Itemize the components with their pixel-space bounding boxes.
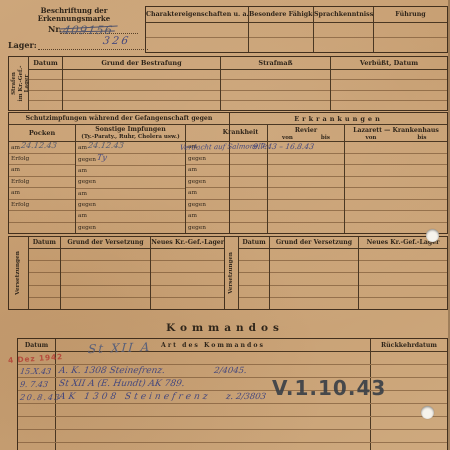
empty-row xyxy=(29,80,62,90)
empty-row xyxy=(345,188,447,200)
versetzungen-col-grund: Grund der Versetzung xyxy=(270,237,359,309)
versetzungen-col-datum: Datum xyxy=(239,237,270,309)
empty-row xyxy=(221,101,330,110)
impf-row: Erfolg xyxy=(9,177,75,188)
empty-row xyxy=(230,223,267,234)
v-date-stamp: V.1.10.43 xyxy=(272,376,386,400)
empty-row xyxy=(268,177,344,189)
empty-row xyxy=(230,165,267,177)
empty-cell xyxy=(18,430,56,442)
empty-row xyxy=(268,223,344,234)
impf-row xyxy=(9,211,75,222)
empty-row xyxy=(221,70,330,80)
empty-cell xyxy=(18,443,56,450)
kommandos-row xyxy=(18,404,447,417)
col-header-strafmass: Strafmaß xyxy=(221,57,330,70)
empty-row xyxy=(63,80,220,90)
empty-row xyxy=(29,261,60,273)
empty-cell xyxy=(56,430,371,442)
col-header-datum: Datum xyxy=(29,57,62,70)
kommando-entry-handwritten: A. K. 1308 Steinefrenz. xyxy=(58,365,166,377)
empty-row xyxy=(270,249,358,261)
empty-row xyxy=(268,211,344,223)
empty-row xyxy=(230,154,267,166)
empty-row xyxy=(151,298,224,309)
col-header-grund-bestrafung: Grund der Bestrafung xyxy=(63,57,220,70)
strafen-col-strafmass: Strafmaß xyxy=(221,57,331,110)
empty-row xyxy=(345,177,447,189)
empty-row xyxy=(63,91,220,101)
impf-row: Erfolg xyxy=(9,200,75,211)
date-handwritten: 9. 7.43 xyxy=(19,378,49,391)
empty-row xyxy=(270,298,358,309)
impfungen-col-extra: am gegen am gegen am gegen am gegen xyxy=(186,125,229,233)
empty-row xyxy=(314,23,373,38)
impfungen-title: Schutzimpfungen während der Gefangenscha… xyxy=(9,113,229,125)
impf-row: gegenTy xyxy=(76,154,185,166)
kommando-entry-handwritten: AK 1308 Steinefrenz xyxy=(58,391,211,403)
pocken-date-handwritten: 24.12.43 xyxy=(20,141,57,151)
empty-row xyxy=(221,80,330,90)
empty-cell xyxy=(371,443,447,450)
empty-row xyxy=(270,286,358,298)
empty-cell xyxy=(371,430,447,442)
empty-row xyxy=(249,23,313,38)
empty-row xyxy=(314,38,373,52)
assessment-column: Führung xyxy=(374,7,447,52)
versetzungen-side-strip: Versetzungen xyxy=(9,237,29,309)
impf-row: gegen xyxy=(76,177,185,188)
kommando-extra-handwritten: z. 2/3803 xyxy=(225,391,267,404)
col-header-grund-versetzung: Grund der Versetzung xyxy=(270,237,358,249)
impf-row: am xyxy=(76,211,185,222)
versetzungen-side-label: Versetzungen xyxy=(225,237,238,309)
empty-row xyxy=(249,38,313,52)
empty-cell xyxy=(56,404,371,416)
empty-row xyxy=(239,273,269,285)
impf-row: gegen xyxy=(186,177,229,189)
empty-cell xyxy=(371,352,447,364)
empty-row xyxy=(230,177,267,189)
empty-row xyxy=(270,273,358,285)
stalag-entry-pencil: St XII A xyxy=(88,340,152,356)
empty-row xyxy=(29,286,60,298)
empty-row xyxy=(29,273,60,285)
empty-row xyxy=(359,286,447,298)
empty-row xyxy=(359,249,447,261)
strafen-col-datum: Datum xyxy=(29,57,63,110)
empty-row xyxy=(29,70,62,80)
assessment-column: Besondere Fähigkeiten xyxy=(249,7,314,52)
impf-row: am xyxy=(186,188,229,200)
empty-row xyxy=(359,261,447,273)
strafen-table: Strafen im Kr.-Gef.-Lager Datum Grund de… xyxy=(8,56,448,111)
kommandos-row xyxy=(18,443,447,450)
sonstige-date-handwritten: 24.12.43 xyxy=(87,141,124,151)
empty-row xyxy=(61,273,151,285)
kommando-extra-handwritten: 2/4045. xyxy=(213,365,248,378)
empty-row xyxy=(345,165,447,177)
erkrankungen-col-lazarett: Lazarett — Krankenhaus vonbis xyxy=(345,125,447,233)
versetzungen-col-lager: Neues Kr.-Gef.-Lager xyxy=(151,237,224,309)
kommandos-row xyxy=(18,430,447,443)
empty-row xyxy=(268,154,344,166)
empty-row xyxy=(331,70,447,80)
col-header-sprachen: Sprachkenntnisse xyxy=(314,7,373,23)
empty-row xyxy=(151,273,224,285)
empty-row xyxy=(270,261,358,273)
empty-row xyxy=(151,261,224,273)
impfungen-col-pocken: Pocken am24.12.43 Erfolg am Erfolg am Er… xyxy=(9,125,76,233)
versetzungen-col-lager: Neues Kr.-Gef.-Lager xyxy=(359,237,447,309)
empty-row xyxy=(331,91,447,101)
col-header-grund-versetzung: Grund der Versetzung xyxy=(61,237,151,249)
empty-row xyxy=(146,38,248,52)
empty-row xyxy=(146,23,248,38)
empty-row xyxy=(374,23,447,38)
empty-row xyxy=(359,298,447,309)
empty-cell xyxy=(56,417,371,429)
impf-row: am xyxy=(9,188,75,199)
empty-cell xyxy=(18,404,56,416)
strafen-side-strip: Strafen im Kr.-Gef.-Lager xyxy=(9,57,29,110)
empty-cell xyxy=(56,443,371,450)
empty-row xyxy=(239,261,269,273)
kommandos-header-row: Datum Art des Kommandos Rückkehrdatum xyxy=(18,339,447,352)
col-header-neues-lager: Neues Kr.-Gef.-Lager xyxy=(151,237,224,249)
impf-row xyxy=(9,223,75,233)
impf-row: am xyxy=(76,166,185,177)
empty-row xyxy=(268,200,344,212)
empty-row xyxy=(331,80,447,90)
empty-row xyxy=(29,91,62,101)
lager-label: Lager: xyxy=(8,40,37,50)
empty-row xyxy=(61,249,151,261)
impf-row: Erfolg xyxy=(9,154,75,165)
empty-row xyxy=(61,261,151,273)
prisoner-record-card: Beschriftung der Erkennungsmarke Nr. 409… xyxy=(0,0,450,450)
col-header-verbuesst: Verbüßt, Datum xyxy=(331,57,447,70)
revier-dates-handwritten: 9.7.43 – 16.8.43 xyxy=(252,142,314,151)
versetzungen-side-strip: Versetzungen xyxy=(225,237,239,309)
strafen-col-grund: Grund der Bestrafung xyxy=(63,57,221,110)
empty-row xyxy=(374,38,447,52)
col-header-revier: Revier vonbis xyxy=(268,125,344,142)
empty-row xyxy=(151,249,224,261)
empty-row xyxy=(239,298,269,309)
impf-row: gegen xyxy=(186,200,229,212)
kommando-entry-handwritten: St XII A (E. Hundt) AK 789. xyxy=(58,378,185,390)
gegen-type-handwritten: Ty xyxy=(96,153,107,163)
strafen-col-verbuesst: Verbüßt, Datum xyxy=(331,57,447,110)
col-header-lazarett: Lazarett — Krankenhaus vonbis xyxy=(345,125,447,142)
empty-row xyxy=(63,101,220,110)
col-header-faehigkeiten: Besondere Fähigkeiten xyxy=(249,7,313,23)
date-handwritten: 15.X.43 xyxy=(19,365,52,378)
impf-row: gegen xyxy=(76,223,185,233)
impf-row: am xyxy=(9,165,75,176)
col-header-datum: Datum xyxy=(239,237,269,249)
lager-value-handwritten: 326 xyxy=(102,35,131,47)
kommandos-row: 4 Dez 1942 xyxy=(18,352,447,365)
empty-row xyxy=(29,249,60,261)
versetzungen-col-datum: Datum xyxy=(29,237,61,309)
empty-row xyxy=(61,286,151,298)
versetzungen-table-right: Versetzungen Datum Grund der Versetzung … xyxy=(225,236,448,310)
assessment-column: Charaktereigenschaften u. a. xyxy=(146,7,249,52)
erkrankungen-title: Erkrankungen xyxy=(230,113,447,125)
empty-row xyxy=(221,91,330,101)
hole-punch xyxy=(426,229,439,242)
col-header-sonstige: Sonstige Impfungen (Ty.-Paraty., Ruhr, C… xyxy=(76,125,185,142)
empty-row xyxy=(345,200,447,212)
impf-row: am xyxy=(186,165,229,177)
col-header-krankheit: Krankheit xyxy=(230,125,267,142)
empty-row xyxy=(239,249,269,261)
empty-row xyxy=(239,286,269,298)
impf-row: am24.12.43 xyxy=(9,142,75,154)
hole-punch xyxy=(421,406,434,419)
empty-row xyxy=(29,298,60,309)
empty-cell xyxy=(18,417,56,429)
strafen-side-label: Strafen im Kr.-Gef.-Lager xyxy=(9,57,28,110)
impf-row: gegen xyxy=(186,154,229,166)
impf-row: am xyxy=(76,189,185,200)
versetzungen-table-left: Versetzungen Datum Grund der Versetzung … xyxy=(8,236,225,310)
empty-row xyxy=(230,188,267,200)
kommandos-title: Kommandos xyxy=(0,322,450,334)
col-header-rueckkehrdatum: Rückkehrdatum xyxy=(371,339,447,351)
impfungen-table: Schutzimpfungen während der Gefangenscha… xyxy=(8,112,230,234)
versetzungen-col-grund: Grund der Versetzung xyxy=(61,237,152,309)
col-header-datum: Datum xyxy=(29,237,60,249)
empty-row xyxy=(61,298,151,309)
empty-row xyxy=(345,154,447,166)
empty-row xyxy=(151,286,224,298)
empty-row xyxy=(359,273,447,285)
col-header-charakter: Charaktereigenschaften u. a. xyxy=(146,7,248,23)
empty-row xyxy=(331,101,447,110)
col-header-pocken: Pocken xyxy=(9,125,75,142)
empty-row xyxy=(230,211,267,223)
empty-cell xyxy=(371,404,447,416)
col-header-fuehrung: Führung xyxy=(374,7,447,23)
empty-row xyxy=(230,200,267,212)
empty-row xyxy=(268,165,344,177)
empty-row xyxy=(268,188,344,200)
impfungen-col-sonstige: Sonstige Impfungen (Ty.-Paraty., Ruhr, C… xyxy=(76,125,186,233)
versetzungen-side-label: Versetzungen xyxy=(9,237,28,309)
assessment-column: Sprachkenntnisse xyxy=(314,7,374,52)
assessment-table: Charaktereigenschaften u. a. Besondere F… xyxy=(145,6,448,53)
empty-row xyxy=(345,142,447,154)
lager-dotted-line xyxy=(38,37,148,50)
impf-row: gegen xyxy=(186,223,229,234)
empty-row xyxy=(345,211,447,223)
impfungen-body: Pocken am24.12.43 Erfolg am Erfolg am Er… xyxy=(9,125,229,233)
impf-row: am24.12.43 xyxy=(76,142,185,154)
impf-row: gegen xyxy=(76,200,185,211)
empty-cell xyxy=(371,417,447,429)
erkrankungen-table: Erkrankungen Krankheit Revier vonbis xyxy=(230,112,448,234)
kommandos-row xyxy=(18,417,447,430)
empty-row xyxy=(29,101,62,110)
col-header-datum: Datum xyxy=(18,339,56,351)
empty-row xyxy=(63,70,220,80)
impf-row: am xyxy=(186,211,229,223)
